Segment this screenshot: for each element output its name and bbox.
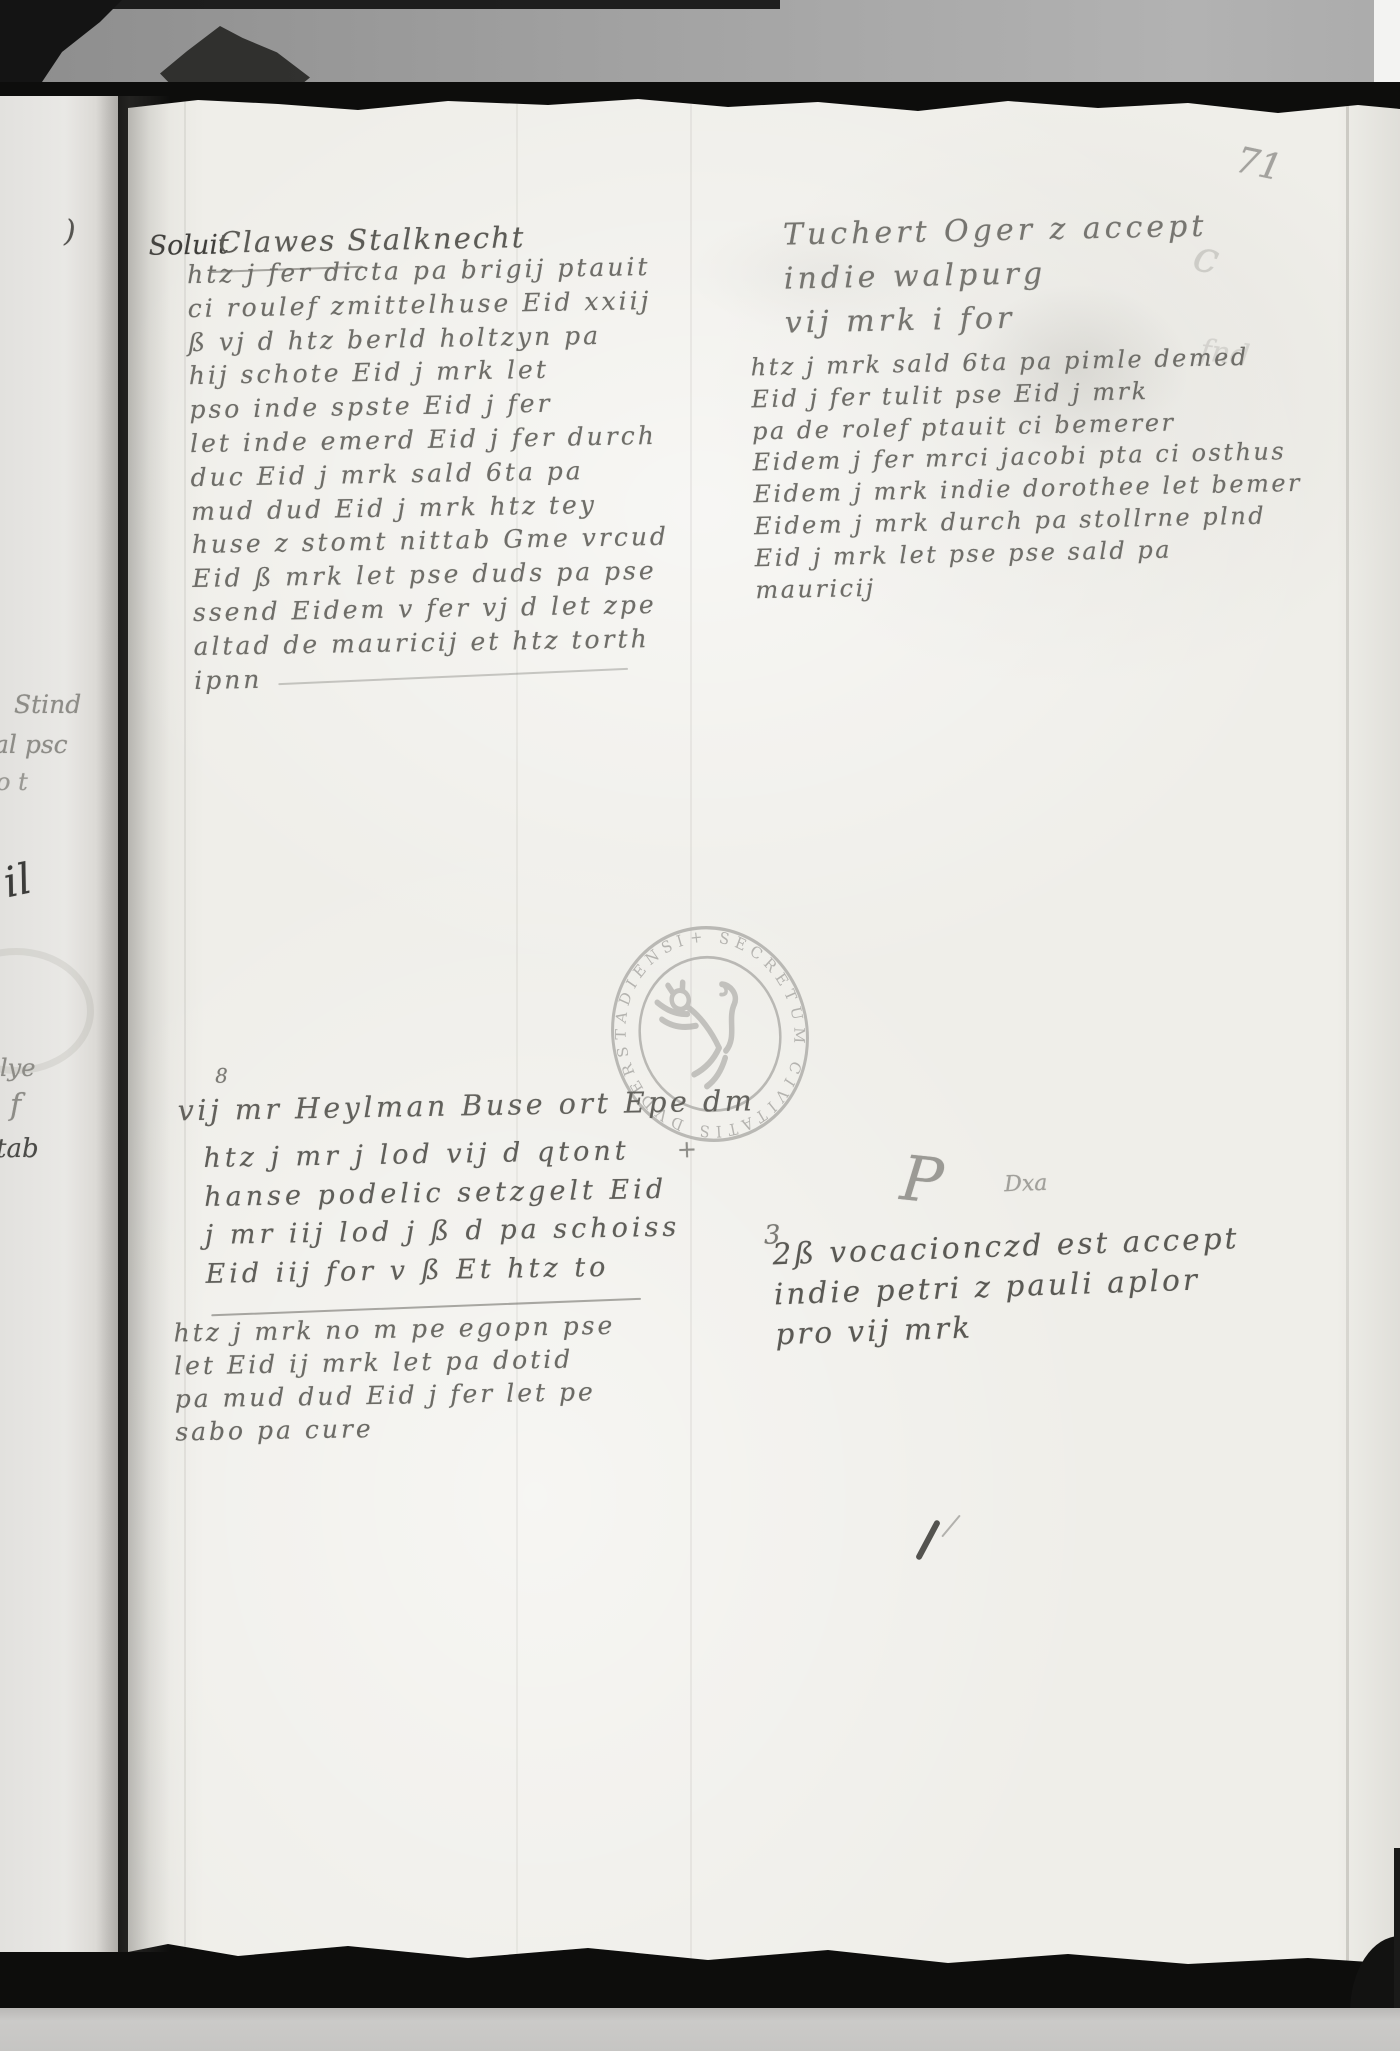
manuscript-line: Eid iij for v ß Et htz to (205, 1247, 681, 1294)
entry-body: 2ß vocacionczd est accept indie petri z … (772, 1218, 1243, 1354)
facing-page-fragment: Stind (14, 690, 81, 719)
facing-page-fragment: il (0, 854, 36, 908)
entry-note-mark: Dxa (1004, 1171, 1048, 1197)
entry-body-2: htz j mrk no m pe egopn pse let Eid ij m… (173, 1309, 617, 1449)
entry-body: htz j mrk sald 6ta pa pimle demed Eid j … (750, 341, 1304, 607)
entry-flourish: 8 (215, 1064, 228, 1088)
manuscript-page: 71 c fnd Soluit Clawes Stalknecht htz j … (128, 92, 1400, 1990)
entry-paraph-mark: P (897, 1141, 946, 1218)
facing-page-fragment: o t (0, 768, 28, 796)
folio-number: 71 (1232, 140, 1285, 190)
page-crease (184, 92, 186, 1990)
manuscript-line: Tuchert Oger z accept (783, 205, 1208, 258)
facing-page-fragment: lye (0, 1054, 35, 1082)
scan-right-edge (1394, 1848, 1400, 2012)
entry-body: htz j fer dicta pa brigij ptauit ci roul… (187, 250, 672, 698)
stray-cross-mark: + (676, 1135, 697, 1164)
facing-page-fragment: tab (0, 1134, 39, 1164)
stray-ink-stroke (915, 1519, 941, 1561)
facing-page-fragment: al psc (0, 730, 68, 759)
manuscript-line: vij mrk i for (784, 293, 1209, 346)
facing-page-fragment: f (10, 1088, 21, 1123)
lion-rampant-emblem (654, 972, 752, 1092)
entry-body: htz j mr j lod vij d qtont hanse podelic… (203, 1132, 681, 1294)
scanner-corner-card (1374, 0, 1400, 88)
book-bottom-edge (0, 2008, 1400, 2051)
manuscript-line: sabo pa cure (175, 1408, 617, 1449)
manuscript-scan: Stind al psc o t il lye f tab ) 71 c fnd… (0, 0, 1400, 2051)
stray-ink-hairline (941, 1515, 961, 1538)
facing-page-fragment: ) (64, 214, 76, 249)
page-deckle-crease (1346, 92, 1349, 1990)
entry-heading: Tuchert Oger z accept indie walpurg vij … (783, 205, 1210, 346)
facing-page-edge: Stind al psc o t il lye f tab ) (0, 96, 118, 1952)
